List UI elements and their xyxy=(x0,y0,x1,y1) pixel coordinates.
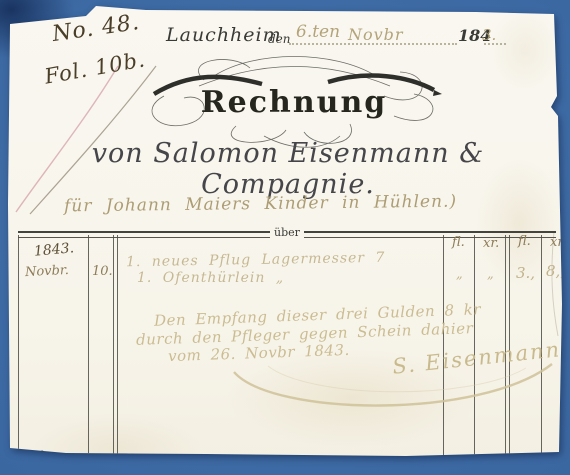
col-header-xr-2: xr. xyxy=(550,235,566,250)
amount-xr-2: 8,, xyxy=(546,262,565,280)
col-header-fl-1: fl. xyxy=(452,235,465,250)
col-header-xr-1: xr. xyxy=(483,236,499,251)
flourish-oval-arc-inner xyxy=(268,366,526,392)
amount-fl-2: 3., xyxy=(516,264,535,282)
invoice-paper: No. 48. Fol. 10b. Lauchheim den 6.ten No… xyxy=(6,4,564,462)
amount-xr-1: „ xyxy=(487,267,494,282)
signature-flourish-oval xyxy=(228,356,560,428)
table-line-date-col xyxy=(88,235,89,453)
entry-day: 10. xyxy=(92,264,113,279)
amount-fl-1: „ xyxy=(456,267,463,282)
flourish-oval-arc xyxy=(234,364,552,406)
table-line-desc-double-a xyxy=(113,235,114,454)
ink-speck xyxy=(40,450,43,453)
ribbon-arrow-tip xyxy=(433,90,442,96)
date-month-handwritten: Novbr xyxy=(348,25,404,44)
entry-month: Novbr. xyxy=(25,263,70,280)
over-label: über xyxy=(270,226,304,239)
table-top-rule-left xyxy=(18,231,270,238)
place-label: Lauchheim xyxy=(166,24,282,46)
table-line-left-border xyxy=(18,235,19,451)
flourish-loop-left xyxy=(152,96,204,126)
rechnung-title-text: Rechnung xyxy=(201,85,388,120)
date-day-handwritten: 6.ten xyxy=(296,22,340,42)
year-handwritten: 3. xyxy=(482,26,496,44)
den-label: den xyxy=(268,32,291,46)
scanned-invoice-scene: No. 48. Fol. 10b. Lauchheim den 6.ten No… xyxy=(0,0,570,475)
issuer-line: von Salomon Eisenmann & Compagnie. xyxy=(26,138,550,200)
rechnung-ornament: Rechnung xyxy=(144,54,444,148)
col-header-fl-2: fl. xyxy=(518,234,531,249)
table-line-desc-double-b xyxy=(117,235,118,454)
invoice-paper-wrap: No. 48. Fol. 10b. Lauchheim den 6.ten No… xyxy=(6,4,564,462)
item-line-2: 1. Ofenthürlein „ xyxy=(137,270,284,286)
